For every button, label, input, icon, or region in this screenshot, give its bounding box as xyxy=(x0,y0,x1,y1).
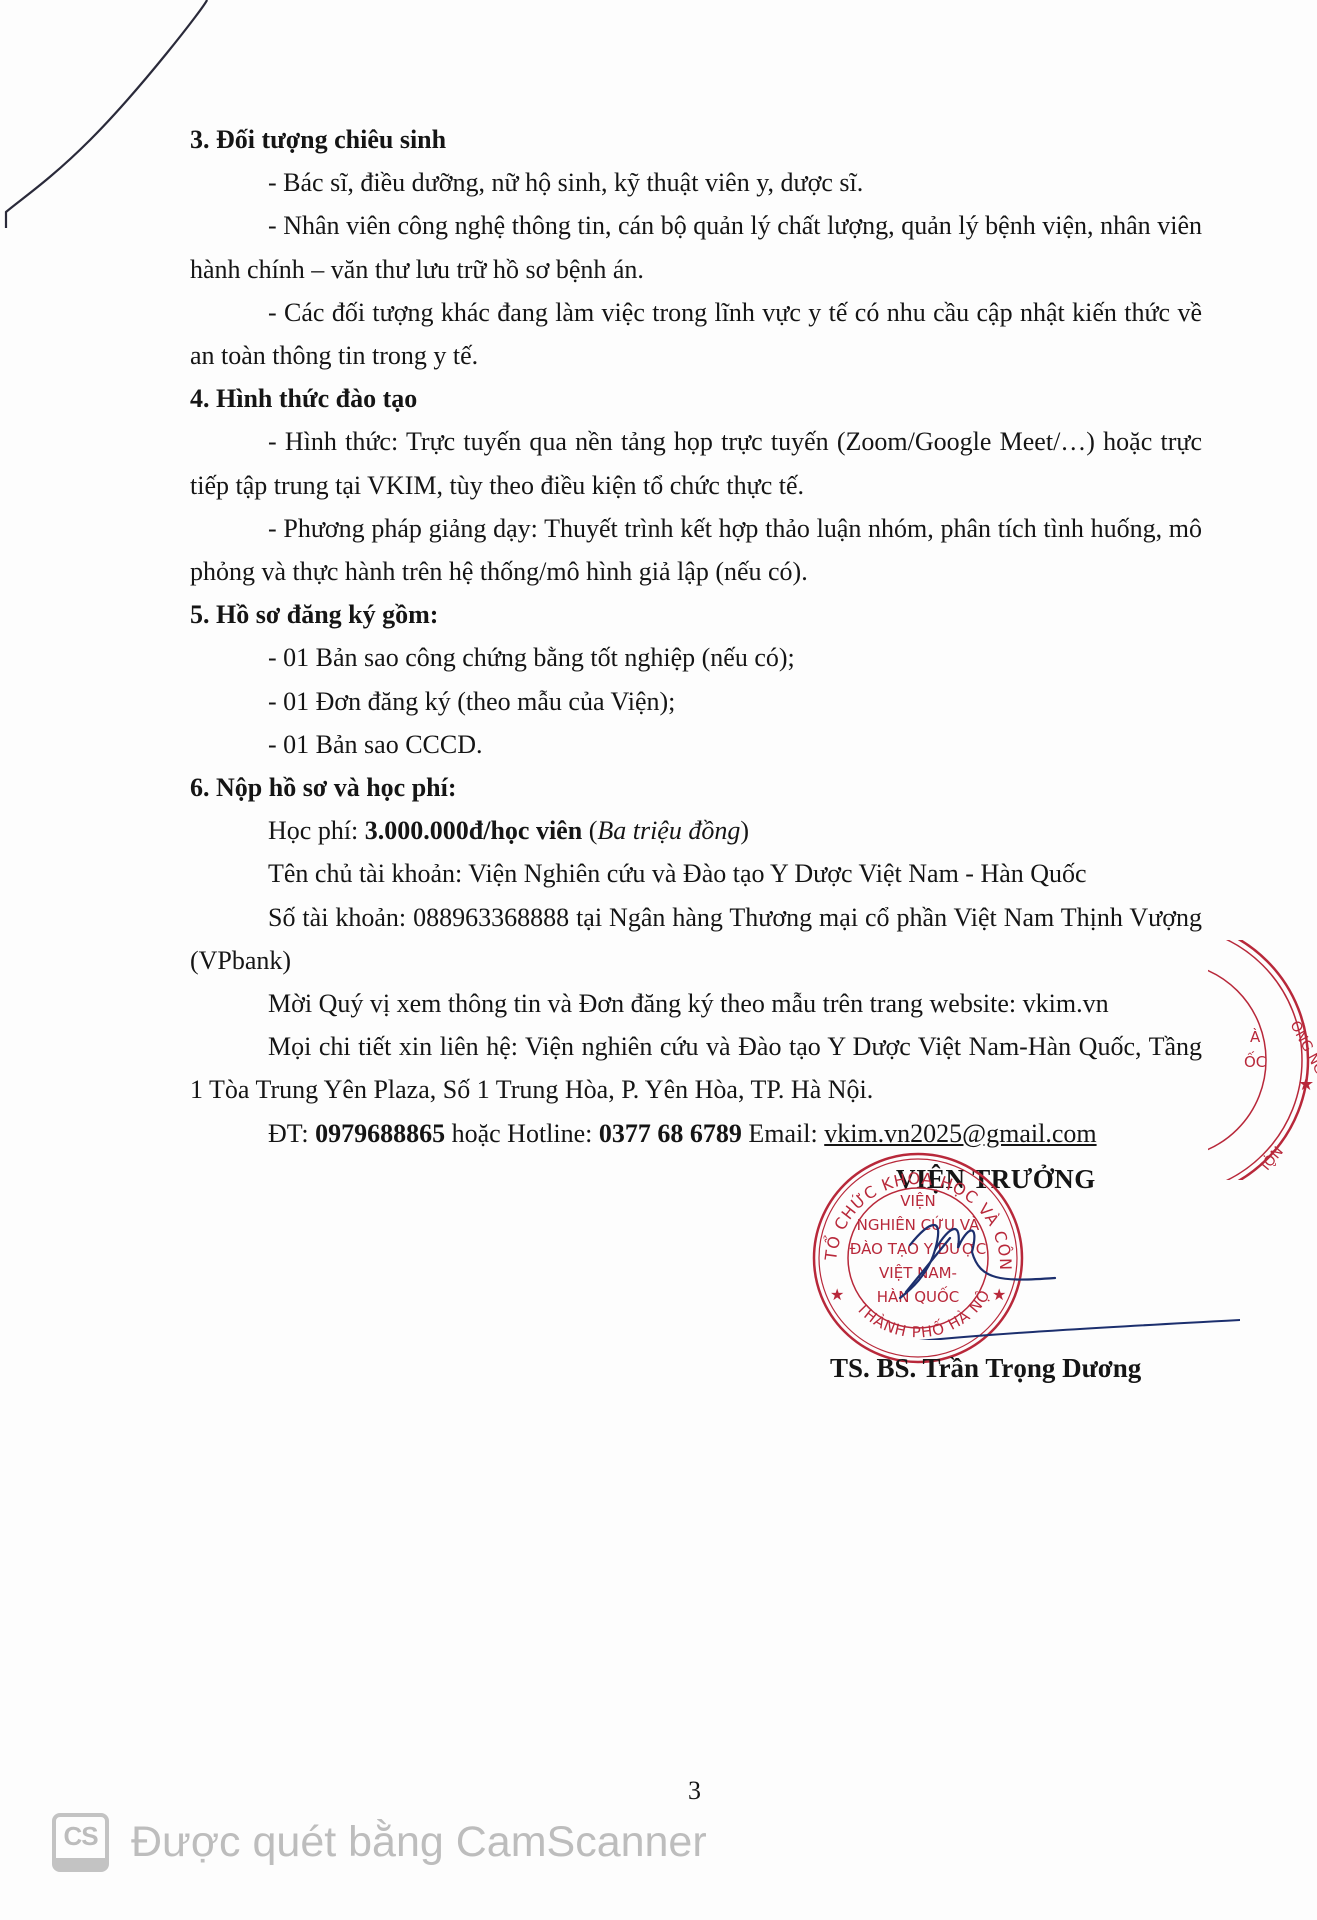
watermark-text: Được quét bằng CamScanner xyxy=(131,1818,707,1867)
contact-info: Mọi chi tiết xin liên hệ: Viện nghiên cứ… xyxy=(190,1025,1202,1111)
hotline-label: hoặc Hotline: xyxy=(445,1119,599,1148)
fee-words: Ba triệu đồng xyxy=(597,816,740,845)
account-name: Tên chủ tài khoản: Viện Nghiên cứu và Đà… xyxy=(190,852,1202,895)
section-4-heading: 4. Hình thức đào tạo xyxy=(190,377,1202,420)
edge-stamp-inner2: ỐC xyxy=(1244,1050,1266,1071)
fee-value: 3.000.000đ/học viên xyxy=(365,816,582,845)
section-5-heading: 5. Hồ sơ đăng ký gồm: xyxy=(190,593,1202,636)
page-number: 3 xyxy=(688,1776,701,1806)
fee-label: Học phí: xyxy=(268,816,365,845)
section-4-item: - Hình thức: Trực tuyến qua nền tảng họp… xyxy=(190,420,1202,506)
camscanner-watermark: CS Được quét bằng CamScanner xyxy=(52,1813,707,1872)
edge-stamp-inner: À xyxy=(1250,1027,1261,1046)
section-4-item: - Phương pháp giảng dạy: Thuyết trình kế… xyxy=(190,507,1202,593)
section-6-heading: 6. Nộp hồ sơ và học phí: xyxy=(190,766,1202,809)
svg-text:★: ★ xyxy=(1298,1074,1314,1094)
email-label: Email: xyxy=(742,1119,824,1148)
camscanner-logo-icon: CS xyxy=(52,1813,109,1872)
account-number: Số tài khoản: 088963368888 tại Ngân hàng… xyxy=(190,896,1202,982)
section-3-item: - Các đối tượng khác đang làm việc trong… xyxy=(190,291,1202,377)
document-page: 3. Đối tượng chiêu sinh - Bác sĩ, điều d… xyxy=(0,0,1317,1920)
contact-line: ĐT: 0979688865 hoặc Hotline: 0377 68 678… xyxy=(190,1112,1202,1155)
phone-number: 0979688865 xyxy=(315,1119,445,1148)
section-3-item: - Bác sĩ, điều dưỡng, nữ hộ sinh, kỹ thu… xyxy=(190,161,1202,204)
section-3-heading: 3. Đối tượng chiêu sinh xyxy=(190,118,1202,161)
section-3-item: - Nhân viên công nghệ thông tin, cán bộ … xyxy=(190,204,1202,290)
email-link[interactable]: vkim.vn2025@gmail.com xyxy=(824,1119,1096,1148)
hotline-number: 0377 68 6789 xyxy=(599,1119,742,1148)
handwritten-signature xyxy=(840,1190,1240,1340)
edge-stamp: ÔNG NGHỆ NỘI À ỐC ★ xyxy=(1208,940,1317,1180)
document-body: 3. Đối tượng chiêu sinh - Bác sĩ, điều d… xyxy=(190,118,1202,1155)
logo-text: CS xyxy=(63,1821,97,1852)
signer-name: TS. BS. Trần Trọng Dương xyxy=(830,1353,1141,1384)
paren-close: ) xyxy=(740,816,749,845)
section-5-item: - 01 Bản sao CCCD. xyxy=(190,723,1202,766)
website-info: Mời Quý vị xem thông tin và Đơn đăng ký … xyxy=(190,982,1202,1025)
paren-open: ( xyxy=(582,816,597,845)
section-5-item: - 01 Đơn đăng ký (theo mẫu của Viện); xyxy=(190,680,1202,723)
edge-stamp-text2: NỘI xyxy=(1256,1142,1286,1173)
phone-label: ĐT: xyxy=(268,1119,315,1148)
section-5-item: - 01 Bản sao công chứng bằng tốt nghiệp … xyxy=(190,636,1202,679)
tuition-fee: Học phí: 3.000.000đ/học viên (Ba triệu đ… xyxy=(190,809,1202,852)
